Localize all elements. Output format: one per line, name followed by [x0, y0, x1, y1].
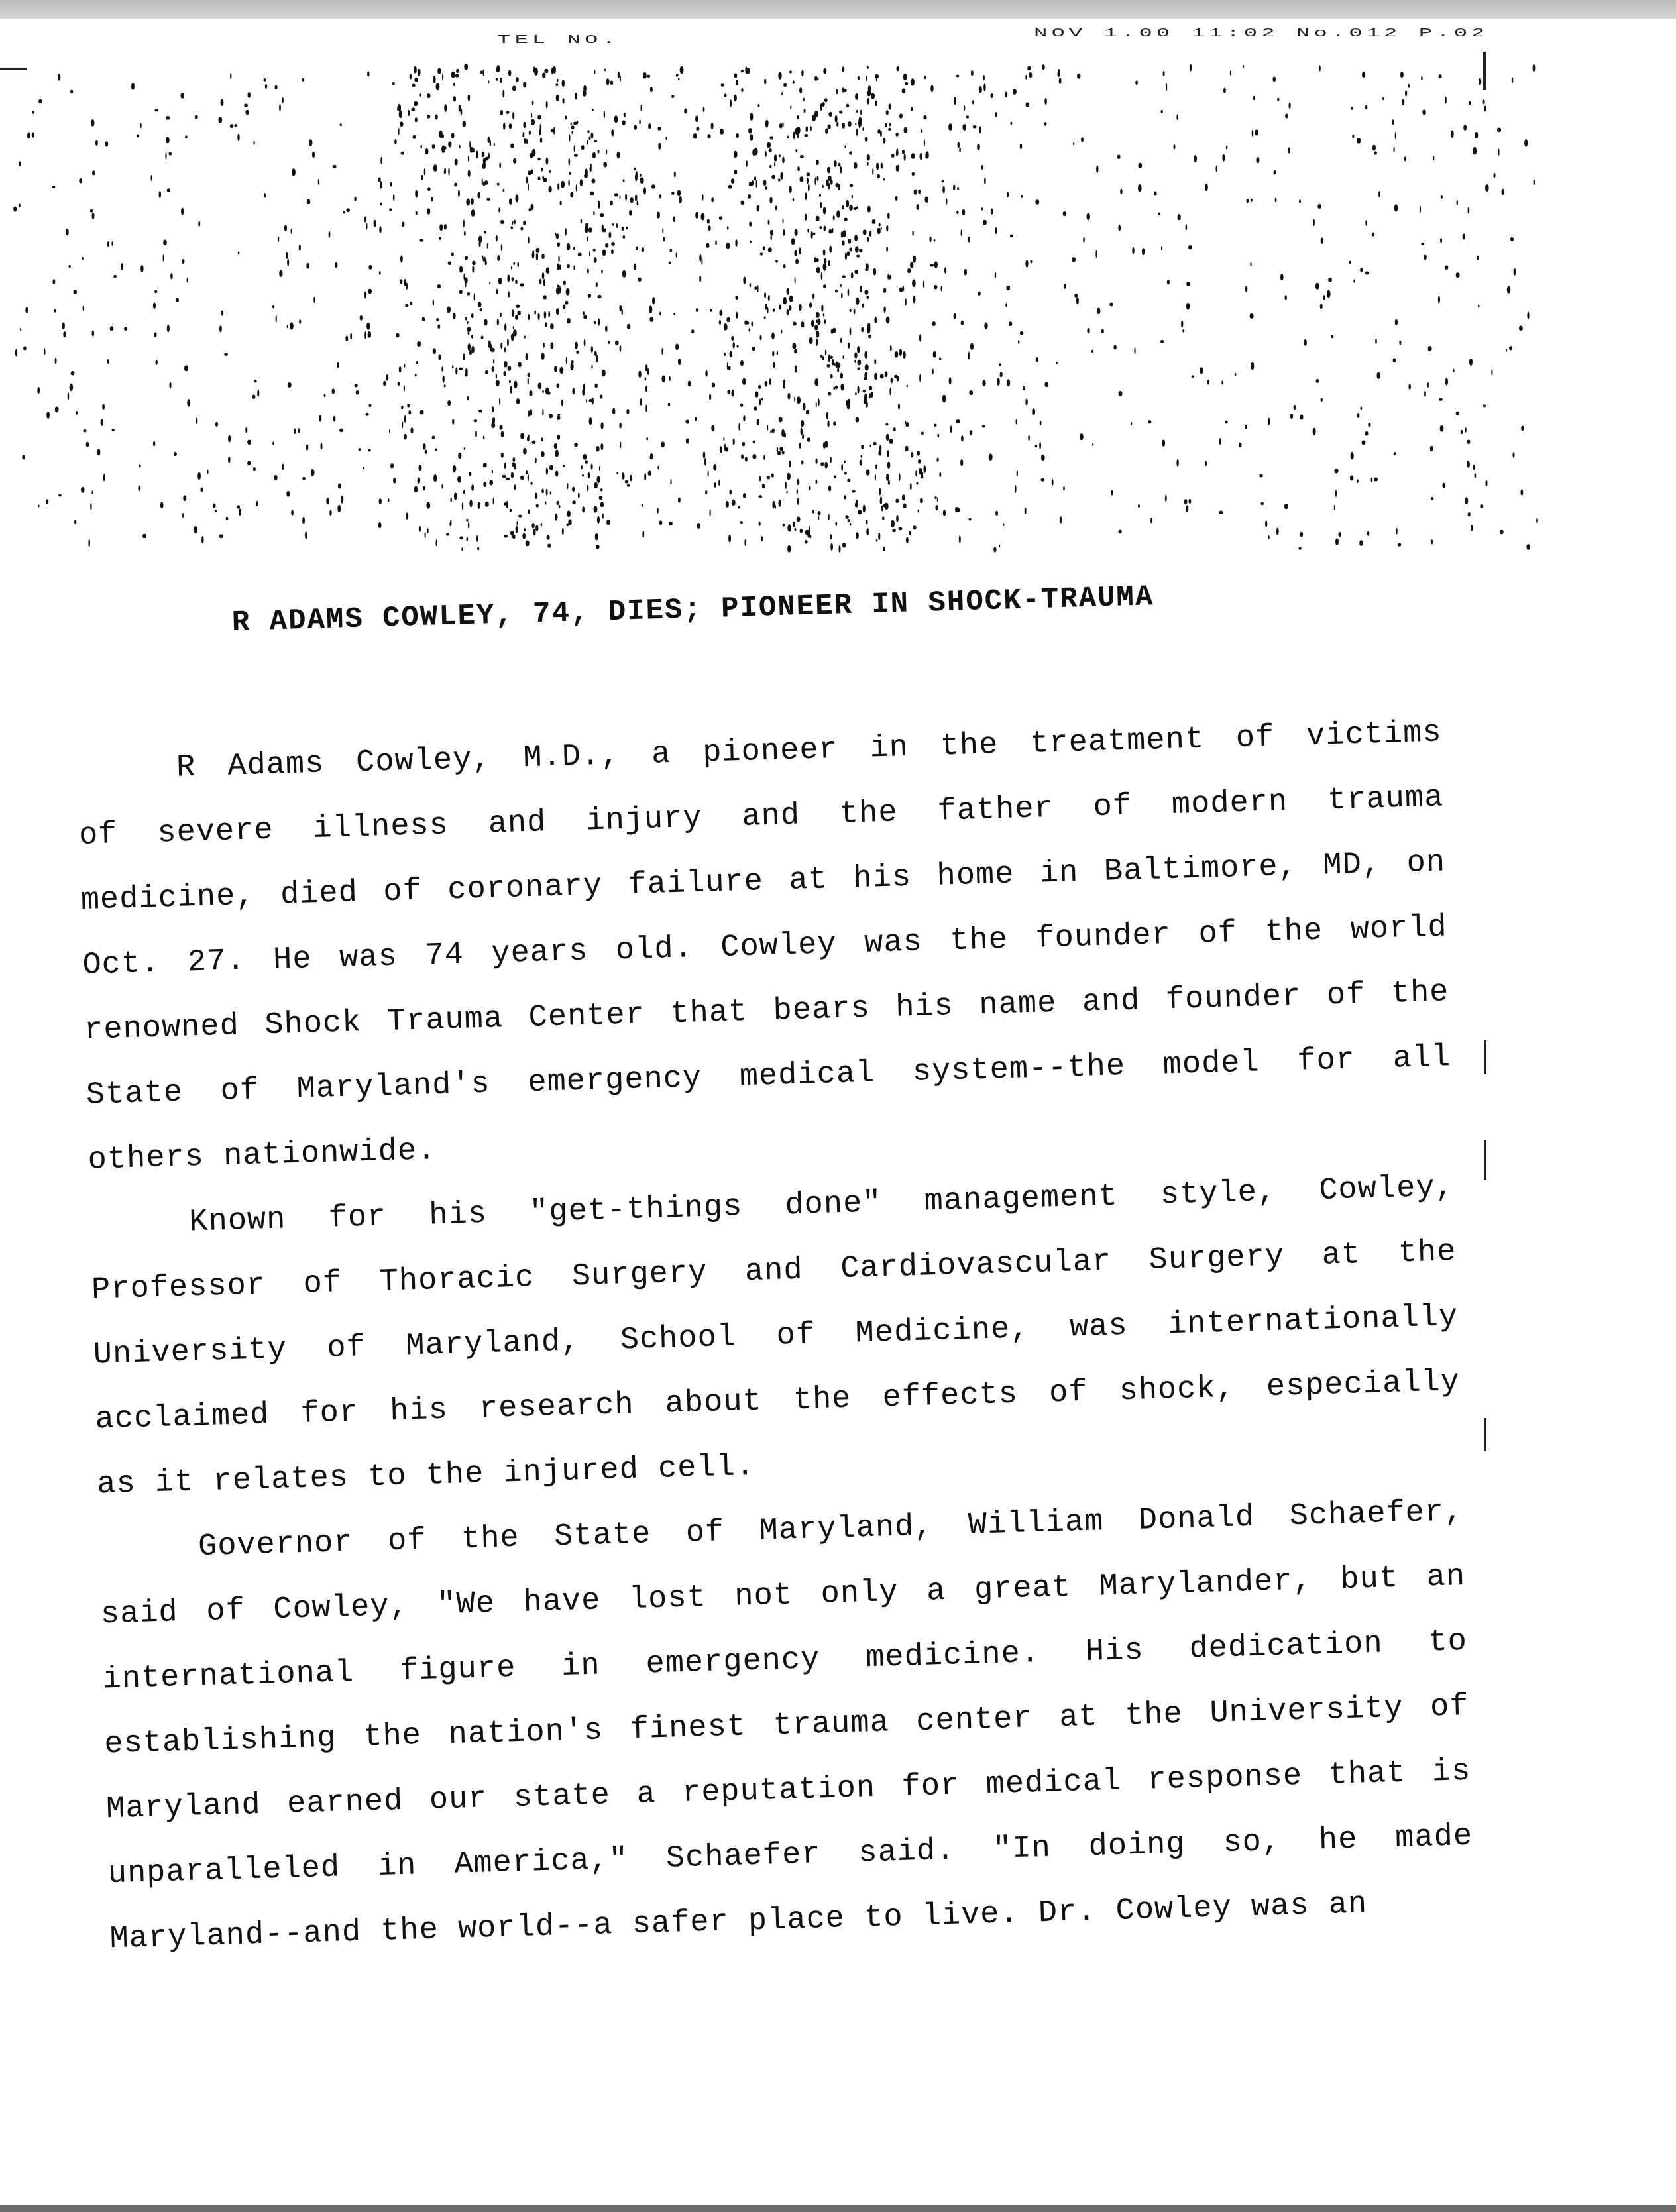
article-body: R Adams Cowley, M.D., a pioneer in the t… — [76, 700, 1475, 1972]
scan-top-edge — [0, 0, 1676, 19]
fax-header-left: TEL NO. — [497, 33, 620, 47]
fax-header-right: NOV 1.00 11:02 No.012 P.02 — [1034, 27, 1489, 40]
margin-mark — [1484, 1040, 1486, 1074]
margin-mark — [1483, 52, 1486, 90]
margin-mark — [1484, 1140, 1486, 1180]
halftone-photo-residue — [0, 53, 1591, 557]
fax-header: TEL NO. NOV 1.00 11:02 No.012 P.02 — [0, 27, 1676, 41]
article-title: R ADAMS COWLEY, 74, DIES; PIONEER IN SHO… — [231, 577, 1292, 639]
scan-bottom-edge — [0, 2205, 1676, 2212]
paragraph: Governor of the State of Maryland, Willi… — [98, 1480, 1475, 1972]
paragraph: Known for his "get-things done" manageme… — [89, 1155, 1463, 1518]
margin-mark — [1484, 1418, 1486, 1451]
paragraph: R Adams Cowley, M.D., a pioneer in the t… — [76, 700, 1453, 1193]
